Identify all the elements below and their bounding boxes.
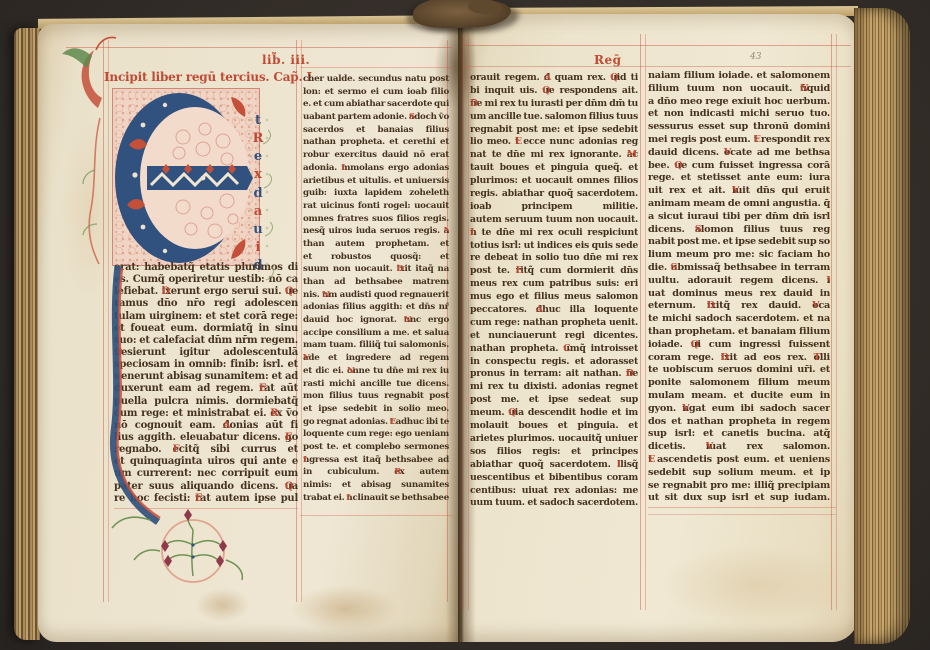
text-line: te michi sadoch sacerdotem. et na xyxy=(648,313,830,326)
text-line: Ingressa est itaq̃ bethsabee ad regem xyxy=(303,454,449,467)
text-line: speciosam in omnib: finib: isrl̄. et in xyxy=(114,359,298,371)
ruling-line xyxy=(301,40,302,602)
ruling-line xyxy=(300,67,452,68)
text-line: mi rex tu dixisti. adonias regnet xyxy=(470,381,638,394)
ruling-line xyxy=(640,34,641,610)
text-line: sedebit sup solium meum. et ip xyxy=(648,467,830,480)
text-line: dicens. Salomon filius tuus reg xyxy=(648,224,830,237)
text-line: lio meo. Et ecce nunc adonias reg xyxy=(470,136,638,149)
text-line: gyon. Vngat eum ibi sadoch sacer xyxy=(648,403,830,416)
text-line: Et ascendetis post eum. et ueniens xyxy=(648,454,830,467)
ruling-line xyxy=(300,515,452,516)
text-line: Quesierunt igitur adolescentulā xyxy=(114,347,298,359)
text-line: nis. Num audisti quod regnauerit xyxy=(303,289,449,302)
ruling-line xyxy=(648,507,836,508)
text-line: lefiebat. Dixerunt ergo serui sui. Que xyxy=(114,286,298,298)
text-line: tauit boues et pinguia queq̃. et arietes xyxy=(470,162,638,175)
text-line: nathan propheta. Cumq̃ introisset xyxy=(470,343,638,356)
text-line: lium meum pro me: sic faciam ho xyxy=(648,249,830,262)
parchment-stain xyxy=(195,588,250,622)
text-line: nesq̃ uiros iuda seruos regis. Na xyxy=(303,225,449,238)
illuminated-initial-panel xyxy=(112,88,260,266)
left-page-column-1: erat: habebatq̃ etatis plurimos dies. Cu… xyxy=(114,262,298,505)
ruling-line xyxy=(836,34,837,610)
text-line: a dn̄o meo rege exiuit hoc uerbum. xyxy=(648,96,830,109)
text-line: nat te dn̄e mi rex ignorante. Mac xyxy=(470,149,638,162)
text-line: uenerunt abisag sunamitem: et ad xyxy=(114,371,298,383)
right-page-column-2: naiam filium ioiade. et salomonemfilium … xyxy=(648,70,830,505)
ruling-line xyxy=(108,40,109,602)
text-line: abiathar quoq̃ sacerdotem. Illisq̃ xyxy=(470,459,638,472)
display-capital: i xyxy=(256,241,261,254)
text-line: sessurus esset sup thronū domini xyxy=(648,121,830,134)
text-line: filium tuum non uocauit. Nūquid xyxy=(648,83,830,96)
right-page-column-1: orauit regem. Ad quam rex. Quid tibi inq… xyxy=(470,72,638,510)
text-line: uescentibus et bibentibus coram eo. et d… xyxy=(470,472,638,485)
text-line: mon filius tuus regnabit post me. xyxy=(303,390,449,403)
text-line: uum tuum. et sadoch sacerdotem. et ba xyxy=(470,497,638,510)
ruling-line xyxy=(463,34,464,610)
text-line: mei regis post eum. Et respondit rex xyxy=(648,134,830,147)
text-line: puella pulcra nimis. dormiebatq̃ xyxy=(114,396,298,408)
folio-number-pencil: 43 xyxy=(750,52,761,62)
ruling-line xyxy=(831,34,832,610)
ruling-line xyxy=(463,66,851,67)
parchment-stain xyxy=(660,545,850,625)
text-line: erat: habebatq̃ etatis plurimos di xyxy=(114,262,298,274)
text-line: animam meam de omni angustia. q̄ xyxy=(648,198,830,211)
text-line: in conspectu regis. et adorasset eum xyxy=(470,356,638,369)
ruling-line xyxy=(463,45,851,46)
text-line: rege. et stetisset ante eum: iura xyxy=(648,172,830,185)
text-line: centibus: uiuat rex adonias: me ser xyxy=(470,485,638,498)
fore-edge-right xyxy=(854,8,910,644)
text-line: plurimos: et uocauit omnes filios xyxy=(470,175,638,188)
text-line: nō cognouit eam. Adonias aūt fi xyxy=(114,420,298,432)
left-page-column-2: cher ualde. secundus natu post absalon: … xyxy=(303,73,449,504)
ruling-line xyxy=(103,40,104,602)
text-line: adonias filius aggith: et dn̄s nr̄ xyxy=(303,301,449,314)
text-line: mulam meam. et ducite eum in xyxy=(648,390,830,403)
text-line: peccatores. Adhuc illa loquente xyxy=(470,304,638,317)
text-line: et non indicasti michi seruo tuo. quis xyxy=(648,108,830,121)
text-line: re debeat in solio tuo dn̄e mi rex xyxy=(470,252,638,265)
text-line: post te. Eritq̃ cum dormierit dn̄s xyxy=(470,265,638,278)
text-line: In te dn̄e mi rex oculi respiciunt xyxy=(470,227,638,240)
text-line: uultu. adorauit regem dicens. Vi xyxy=(648,275,830,288)
text-line: go regnat adonias. Et adhuc ibi te xyxy=(303,416,449,429)
text-line: bi inquit uis. Que respondens ait. xyxy=(470,85,638,98)
text-line: se regnabit pro me: illiq̃ precipiam xyxy=(648,480,830,493)
display-capital: u xyxy=(253,223,262,236)
page-stack-left-edge xyxy=(14,28,40,640)
initial-letter-E xyxy=(113,89,261,267)
text-line: meus rex cum patribus suis: eri xyxy=(470,278,638,291)
text-line: accipe consilium a me. et salua ani xyxy=(303,327,449,340)
text-line: rat uicinus fonti rogel: uocauit xyxy=(303,200,449,213)
text-line: omnes fratres suos filios regis. om xyxy=(303,213,449,226)
text-line: trabat ei. Inclinauit se bethsabee et ad xyxy=(303,492,449,505)
display-capital: R xyxy=(253,132,264,145)
text-line: meum. Quia descendit hodie et im xyxy=(470,407,638,420)
text-line: cum rege: nathan propheta uenit. xyxy=(470,317,638,330)
text-line: coram rege. Dixit ad eos rex. Tolli xyxy=(648,352,830,365)
text-line: ioiade. Qui cum ingressi fuissent xyxy=(648,339,830,352)
text-line: es. Cumq̃ operiretur uestib: nō ca xyxy=(114,274,298,286)
text-line: sos filios regis: et principes exercitus… xyxy=(470,446,638,459)
display-capital: x xyxy=(254,168,262,181)
display-capital: d xyxy=(253,187,262,200)
text-line: mus ego et filius meus salomon xyxy=(470,291,638,304)
text-line: adonia. Immolans ergo adonias xyxy=(303,162,449,175)
text-line: cum rege: et ministrabat ei. Rex v̄o xyxy=(114,408,298,420)
text-line: ioab principem militie. salomonem xyxy=(470,201,638,214)
text-line: naiam filium ioiade. et salomonem xyxy=(648,70,830,83)
text-line: than autem prophetam. et banaiam. xyxy=(303,238,449,251)
text-line: et nunciauerunt regi dicentes. Adest xyxy=(470,330,638,343)
text-line: Dn̄e mi rex tu iurasti per dn̄m dm̄ tu xyxy=(470,98,638,111)
ruling-line xyxy=(648,514,836,515)
text-line: te uobiscum seruos domini ur̄i. et im xyxy=(648,364,830,377)
text-line: suo: et calefaciat dn̄m nr̄m regem. xyxy=(114,335,298,347)
parchment-stain xyxy=(290,585,400,633)
text-line: regnabo. Fecitq̃ sibi currus et equites. xyxy=(114,444,298,456)
text-line: arietibus et uitulis. et uniuersis pin xyxy=(303,175,449,188)
ruling-line xyxy=(468,34,469,610)
parchment-stain xyxy=(60,120,120,300)
text-line: ut sit dux sup isrl̄ et sup iudam. xyxy=(648,492,830,505)
text-line: nathan propheta. et cerethi et felethi. … xyxy=(303,136,449,149)
text-line: arietes plurimos. uocauitq̃ uniuer xyxy=(470,433,638,446)
headband-fragment xyxy=(468,0,502,14)
text-line: a sicut iuraui tibi per dn̄m dm̄ isrl̄ xyxy=(648,211,830,224)
text-line: et foueat eum. dormiatq̃ in sinu xyxy=(114,323,298,335)
text-line: post te. et complebo sermones tuos. xyxy=(303,441,449,454)
text-line: dicetis. Viuat rex salomon. xyxy=(648,441,830,454)
text-line: bee. Que cum fuisset ingressa corā xyxy=(648,160,830,173)
text-line: dauid hoc ignorat. Nunc ergo ueni: xyxy=(303,314,449,327)
text-line: than prophetam. et banaiam filium xyxy=(648,326,830,339)
text-line: autem seruum tuum non uocauit. xyxy=(470,214,638,227)
text-line: loquente cum rege: ego ueniam xyxy=(303,428,449,441)
text-line: et robustos quosq̃: et salomonem fratrē xyxy=(303,251,449,264)
text-line: die. Submissaq̃ bethsabee in terram xyxy=(648,262,830,275)
text-line: guib: iuxta lapidem zoheleth qui e xyxy=(303,187,449,200)
text-line: uat dominus meus rex dauid in xyxy=(648,288,830,301)
text-line: Vade et ingredere ad regem dauid. xyxy=(303,352,449,365)
text-line: eternum. Dixitq̃ rex dauid. Voca xyxy=(648,300,830,313)
text-line: lius aggith. eleuabatur dicens. Ego xyxy=(114,432,298,444)
text-line: dauid dicens. Vocate ad me bethsa xyxy=(648,147,830,160)
text-line: suum non uocauit. Dixit itaq̃ na xyxy=(303,263,449,276)
text-line: duxerunt eam ad regem. Erat aūt xyxy=(114,383,298,395)
text-line: mam tuam. filiiq̃ tui salomonis. xyxy=(303,339,449,352)
display-capital: a xyxy=(254,205,262,218)
text-line: pater suus aliquando dicens. Qua xyxy=(114,481,298,493)
text-line: nabit post me. et ipse sedebit sup so xyxy=(648,236,830,249)
text-line: in cubiculum. Rex autem senuerat xyxy=(303,466,449,479)
text-line: regnabit post me: et ipse sedebit in so xyxy=(470,124,638,137)
text-line: robur exercitus dauid nō erat cum xyxy=(303,149,449,162)
text-line: sup isrl̄: et canetis bucina. atq̃ xyxy=(648,428,830,441)
display-capital: e xyxy=(254,150,262,163)
text-line: totius isrl̄: ut indices eis quis sede xyxy=(470,240,638,253)
text-line: ramus dn̄o nr̄o regi adolescen xyxy=(114,298,298,310)
text-line: pronus in terram: ait nathan. Dn̄e xyxy=(470,368,638,381)
running-header-left: lib̃. iii. xyxy=(262,53,310,67)
text-line: tulam uirginem: et stet corā rege: xyxy=(114,311,298,323)
ruling-line xyxy=(645,34,646,610)
text-line: rasti michi ancille tue dicens. Salo xyxy=(303,378,449,391)
text-line: et quinquaginta uiros qui ante e xyxy=(114,456,298,468)
text-line: um currerent: nec corripuit eum xyxy=(114,468,298,480)
text-line: nimis: et abisag sunamites minis xyxy=(303,479,449,492)
text-line: than ad bethsabee matrem salomo xyxy=(303,276,449,289)
text-line: orauit regem. Ad quam rex. Quid ti xyxy=(470,72,638,85)
text-line: um ancille tue. salomon filius tuus xyxy=(470,111,638,124)
text-line: ponite salomonem filium meum sup xyxy=(648,377,830,390)
text-line: lon: et sermo ei cum ioab filio sarui xyxy=(303,86,449,99)
text-line: post me. et ipse sedeat sup thronum xyxy=(470,394,638,407)
text-line: uabant partem adonie. Sadoch v̄o xyxy=(303,111,449,124)
ruling-line xyxy=(114,508,298,509)
text-line: re hoc fecisti: Erat autem ipse pul xyxy=(114,493,298,505)
photo-background: lib̃. iii. Reḡ 43 Incipit liber regū ter… xyxy=(0,0,930,650)
text-line: et ipse sedebit in solio meo. quare er xyxy=(303,403,449,416)
display-capital: t xyxy=(255,114,261,127)
ruling-line xyxy=(66,47,452,48)
chapter-rubric: Incipit liber regū tercius. Cap̃. I xyxy=(104,70,306,84)
text-line: cher ualde. secundus natu post absa xyxy=(303,73,449,86)
text-line: molauit boues et pinguia. et xyxy=(470,420,638,433)
display-capitals-column: tRexdauid xyxy=(247,114,269,272)
running-header-right: Reḡ xyxy=(594,53,622,67)
text-line: uit rex et ait. Viuit dn̄s qui eruit xyxy=(648,185,830,198)
text-line: et dic ei. Nonne tu dn̄e mi rex iu xyxy=(303,365,449,378)
text-line: sacerdos et banaias filius ioiade. et xyxy=(303,124,449,137)
text-line: regis. abiathar quoq̃ sacerdotem. et xyxy=(470,188,638,201)
text-line: dos et nathan propheta in regem xyxy=(648,416,830,429)
text-line: e. et cum abiathar sacerdote qui adiu xyxy=(303,98,449,111)
